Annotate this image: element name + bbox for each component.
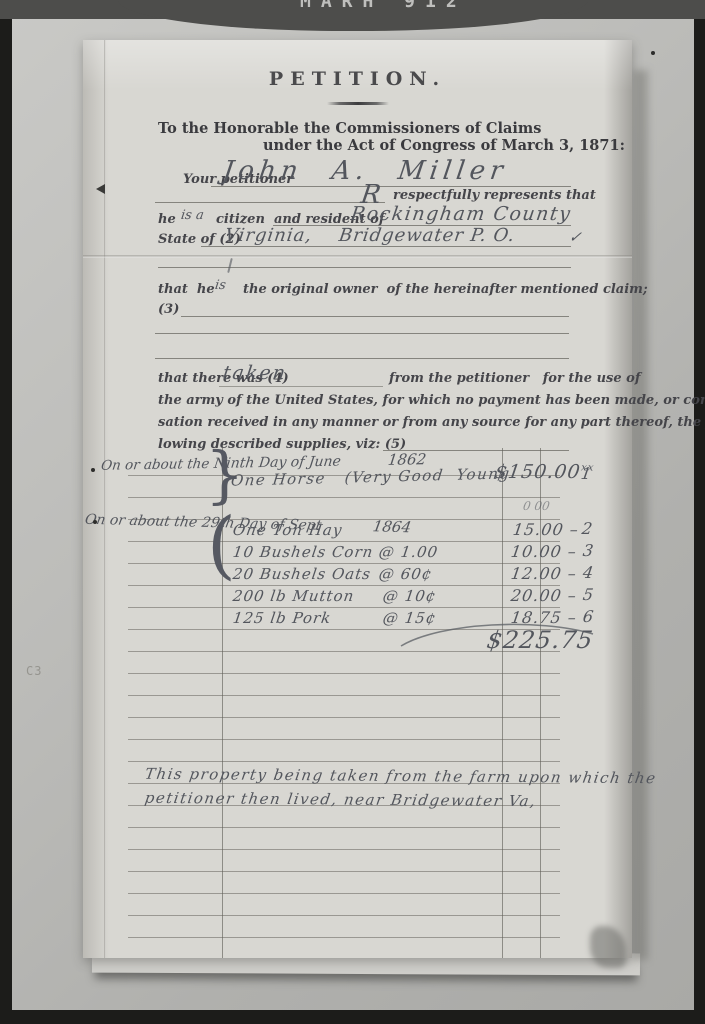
closing-note: This property being taken from the farm … bbox=[145, 764, 657, 811]
fill-line bbox=[211, 186, 571, 187]
fill-line bbox=[181, 316, 569, 317]
table-rule-dollars bbox=[502, 448, 503, 958]
represents-text: respectfully represents that bbox=[393, 188, 596, 203]
microfilm-frame: MARH 912 PETITION. To the Honorable the … bbox=[0, 0, 705, 1024]
paper-right-shade bbox=[604, 40, 632, 958]
petition-page: PETITION. To the Honorable the Commissio… bbox=[83, 40, 632, 958]
item-desc-handwriting: 125 lb Pork bbox=[232, 609, 333, 627]
fill-line bbox=[201, 246, 571, 247]
item-rate-handwriting: @ 1.00 bbox=[378, 543, 440, 561]
amount-value: $150.00 bbox=[493, 461, 582, 483]
owner-insert-handwriting: is bbox=[214, 278, 227, 293]
state-value-handwriting: Virginia, Bridgewater P. O. bbox=[224, 225, 517, 246]
item-amount-handwriting: 20.00 – bbox=[510, 586, 579, 605]
film-edge-label: MARH 912 bbox=[300, 0, 467, 12]
county-handwriting: Rockingham County bbox=[349, 203, 572, 225]
date2-line1-handwriting: On or about the bbox=[84, 512, 199, 531]
fill-line bbox=[219, 386, 383, 387]
citizen-insert-handwriting: is a bbox=[180, 208, 205, 223]
fill-line bbox=[155, 358, 569, 359]
ink-speck bbox=[93, 520, 97, 524]
taken-post: from the petitioner for the use of bbox=[389, 371, 640, 386]
owner-post: the original owner of the hereinafter me… bbox=[243, 282, 648, 297]
dust-speck bbox=[651, 51, 655, 55]
frame-edge-mark: C3 bbox=[26, 664, 42, 678]
item-desc-handwriting: 20 Bushels Oats bbox=[232, 565, 373, 583]
stray-amount-handwriting: 0 00 bbox=[522, 499, 551, 513]
item-number-handwriting: 5 bbox=[582, 585, 595, 604]
item-desc-handwriting: One Ton Hay bbox=[232, 521, 344, 539]
item-rate-handwriting: @ 10¢ bbox=[382, 587, 438, 605]
fill-line bbox=[155, 202, 385, 203]
body-line-2: the army of the United States, for which… bbox=[158, 393, 705, 408]
item-number-handwriting: 4 bbox=[582, 563, 595, 582]
owner-pre: that he bbox=[158, 282, 215, 297]
citizen-pre: he bbox=[158, 212, 176, 227]
stray-ink-stroke bbox=[227, 258, 233, 273]
date2-year-handwriting: 1864 bbox=[371, 517, 412, 536]
ink-speck bbox=[91, 468, 95, 472]
taken-handwriting: taken bbox=[221, 362, 288, 384]
vertical-crease bbox=[104, 40, 106, 958]
item-desc-handwriting: 200 lb Mutton bbox=[232, 587, 356, 605]
body-line-3: sation received in any manner or from an… bbox=[158, 415, 705, 430]
date1-line1-handwriting: On or about the bbox=[100, 456, 210, 474]
brace-2-handwriting: ( bbox=[207, 508, 236, 582]
item3-label: (3) bbox=[158, 302, 179, 317]
item-number-handwriting: 3 bbox=[582, 541, 595, 560]
ornament-divider bbox=[327, 102, 389, 105]
fill-line bbox=[158, 267, 571, 268]
fold-crease bbox=[83, 255, 632, 258]
item-amount-handwriting: 12.00 – bbox=[510, 564, 579, 583]
item-number-handwriting: 2 bbox=[581, 519, 594, 538]
page-title: PETITION. bbox=[83, 68, 632, 90]
total-amount-handwriting: $225.75 bbox=[485, 626, 595, 654]
address-line-2: under the Act of Congress of March 3, 18… bbox=[263, 137, 625, 154]
page-shadow bbox=[633, 70, 648, 960]
arrow-marker-icon bbox=[96, 184, 105, 194]
item-rate-handwriting: @ 60¢ bbox=[378, 565, 434, 583]
item-desc-handwriting: 10 Bushels Corn bbox=[232, 543, 375, 561]
item-amount-handwriting: 15.00 – bbox=[512, 520, 581, 539]
tick-mark-handwriting: ✓ bbox=[568, 228, 583, 246]
note-line-1-handwriting: This property being taken from the farm … bbox=[144, 765, 658, 787]
fill-line bbox=[155, 333, 569, 334]
item-amount-handwriting: 10.00 – bbox=[510, 542, 579, 561]
note-line-2-handwriting: petitioner then lived, near Bridgewater … bbox=[144, 789, 538, 810]
address-line-1: To the Honorable the Commissioners of Cl… bbox=[158, 120, 541, 137]
